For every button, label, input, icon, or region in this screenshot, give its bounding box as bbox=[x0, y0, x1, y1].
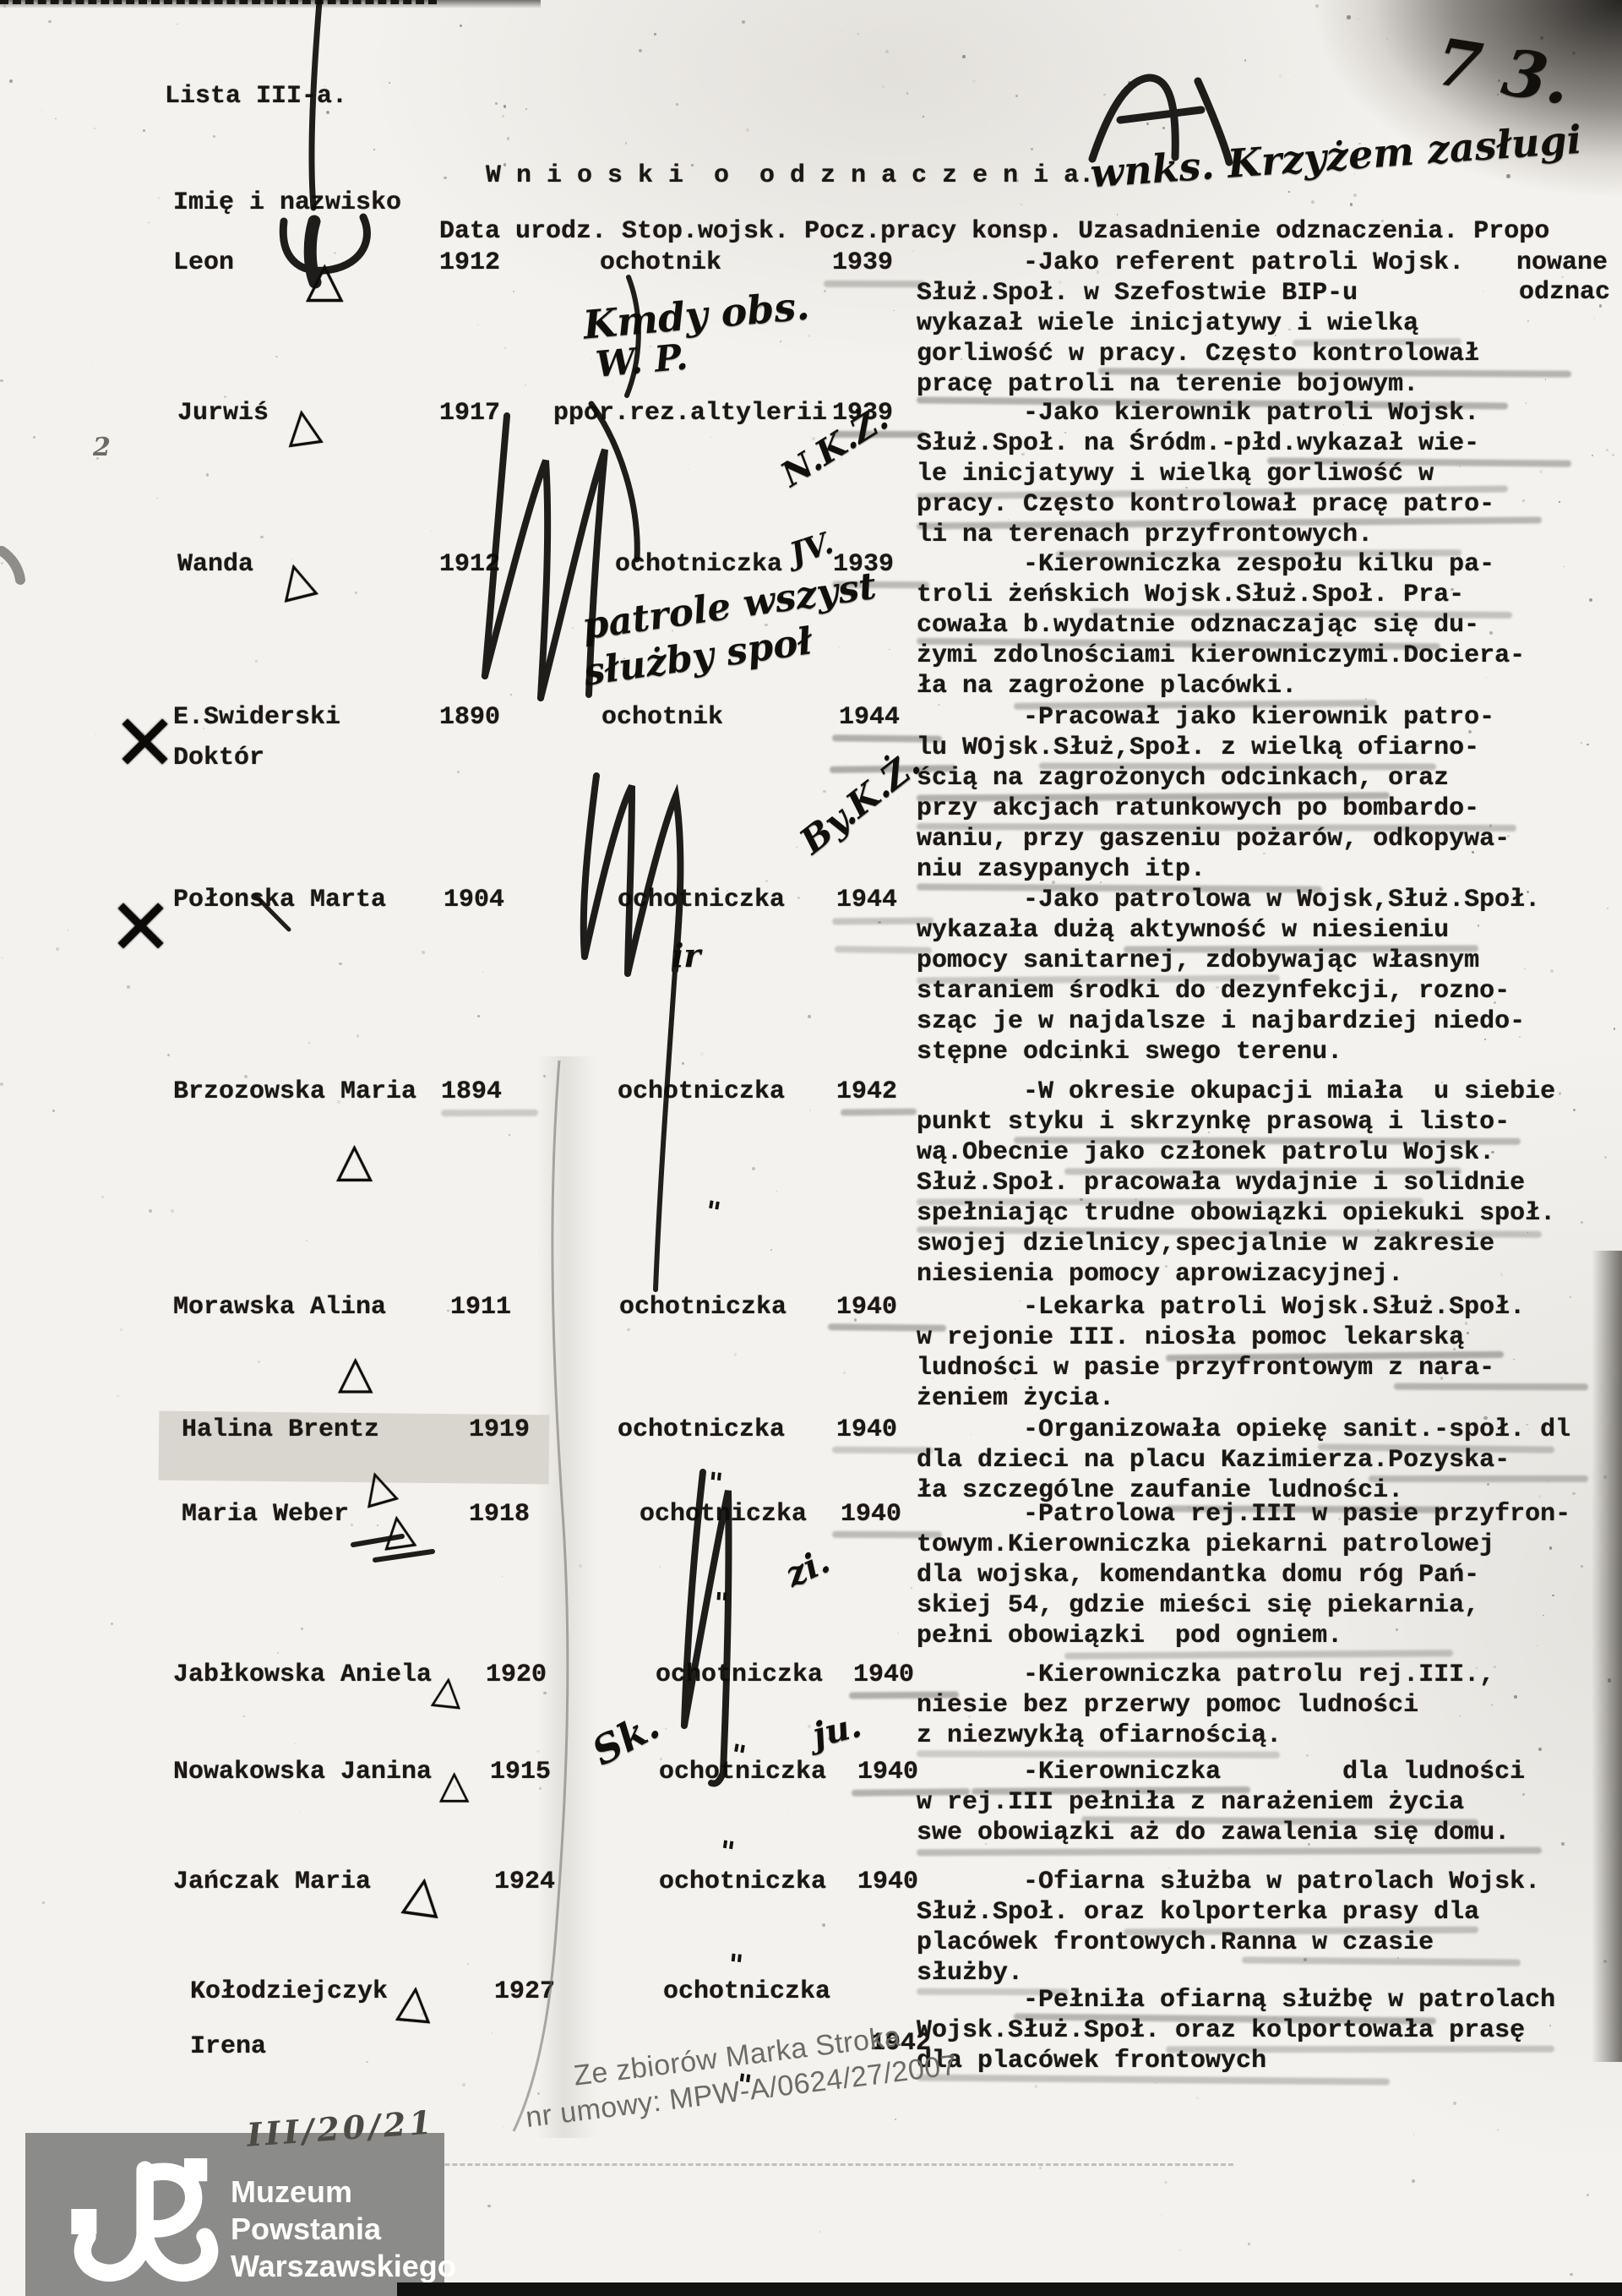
paper-speck bbox=[1606, 449, 1609, 452]
paper-speck bbox=[776, 1191, 778, 1192]
justification-text: -Jako patrolowa w Wojsk,Służ.Społ. wykaz… bbox=[917, 885, 1603, 1067]
underline-smudge bbox=[917, 1847, 1542, 1857]
paper-speck bbox=[895, 2119, 896, 2120]
military-rank: ochotniczka bbox=[618, 1415, 785, 1445]
paper-speck bbox=[389, 82, 390, 84]
list-label: Lista III-a. bbox=[165, 81, 347, 112]
paper-speck bbox=[255, 660, 258, 663]
museum-watermark: Muzeum Powstania Warszawskiego bbox=[25, 2133, 444, 2296]
paper-speck bbox=[838, 646, 839, 647]
paper-speck bbox=[1178, 2250, 1181, 2252]
paper-speck bbox=[637, 23, 639, 25]
birth-year: 1904 bbox=[444, 885, 504, 915]
signature-scribble-2b bbox=[585, 786, 632, 973]
military-rank: ochotniczka bbox=[619, 1292, 787, 1323]
paper-speck bbox=[111, 1622, 113, 1625]
paper-speck bbox=[962, 55, 966, 58]
underline-smudge bbox=[441, 1110, 538, 1116]
paper-speck bbox=[308, 1042, 310, 1044]
paper-speck bbox=[1612, 454, 1614, 456]
paper-speck bbox=[153, 614, 154, 615]
military-rank: ochotnik bbox=[600, 248, 721, 278]
paper-speck bbox=[822, 1923, 825, 1927]
paper-speck bbox=[578, 79, 579, 80]
paper-speck bbox=[503, 105, 507, 108]
paper-speck bbox=[111, 26, 112, 27]
conspiracy-start-year: 1940 bbox=[853, 1660, 914, 1690]
paper-speck bbox=[676, 103, 679, 106]
paper-speck bbox=[796, 847, 797, 848]
triangle-mark: △ bbox=[338, 1345, 373, 1399]
triangle-mark: △ bbox=[282, 395, 324, 452]
paper-speck bbox=[972, 79, 976, 83]
conspiracy-start-year: 1940 bbox=[857, 1757, 918, 1787]
paper-speck bbox=[1, 562, 3, 564]
paper-speck bbox=[819, 2231, 821, 2233]
paper-speck bbox=[659, 1566, 661, 1568]
paper-speck bbox=[808, 335, 811, 337]
ditto-mark: " bbox=[717, 1835, 737, 1870]
paper-speck bbox=[0, 379, 3, 382]
person-name: Wanda bbox=[177, 549, 253, 580]
paper-speck bbox=[492, 2032, 493, 2034]
paper-speck bbox=[351, 1524, 353, 1526]
paper-speck bbox=[1413, 2134, 1414, 2135]
handwriting-row9-note-2: ju. bbox=[808, 1705, 865, 1756]
paper-speck bbox=[625, 142, 627, 144]
person-name: Połonska Marta bbox=[173, 885, 386, 915]
paper-speck bbox=[167, 1054, 170, 1056]
birth-year: 1912 bbox=[439, 248, 500, 278]
person-name: Jabłkowska Aniela bbox=[173, 1660, 432, 1690]
military-rank: ochotniczka bbox=[656, 1660, 823, 1690]
paper-speck bbox=[206, 473, 210, 477]
kotwica-anchor-logo bbox=[57, 2158, 235, 2285]
military-rank: ochotniczka bbox=[618, 1077, 785, 1107]
paper-speck bbox=[447, 1310, 449, 1312]
paper-speck bbox=[177, 24, 177, 25]
paper-speck bbox=[983, 123, 985, 125]
paper-speck bbox=[503, 2126, 503, 2127]
paper-speck bbox=[33, 436, 35, 439]
paper-speck bbox=[1161, 2215, 1162, 2217]
paper-speck bbox=[431, 531, 432, 532]
paper-speck bbox=[148, 222, 149, 223]
paper-speck bbox=[2, 957, 3, 958]
paper-speck bbox=[1103, 94, 1106, 96]
paper-speck bbox=[169, 1174, 170, 1175]
paper-speck bbox=[301, 1628, 303, 1630]
conspiracy-start-year: 1939 bbox=[832, 248, 893, 278]
paper-speck bbox=[1412, 2179, 1415, 2183]
paper-speck bbox=[893, 310, 894, 311]
paper-speck bbox=[1607, 908, 1608, 909]
paper-speck bbox=[700, 1052, 704, 1055]
justification-text: -Pracował jako kierownik patro- lu WOjsk… bbox=[917, 702, 1603, 885]
conspiracy-start-year: 1940 bbox=[841, 1499, 901, 1530]
paper-speck bbox=[513, 291, 514, 292]
paper-speck bbox=[477, 1015, 480, 1017]
paper-speck bbox=[213, 135, 215, 138]
paper-speck bbox=[843, 1372, 846, 1374]
paper-speck bbox=[1091, 2151, 1092, 2152]
paper-speck bbox=[665, 1728, 667, 1731]
triangle-mark: △ bbox=[439, 1761, 469, 1807]
paper-speck bbox=[808, 1015, 810, 1017]
museum-name-line1: Muzeum bbox=[231, 2173, 456, 2211]
paper-speck bbox=[457, 771, 460, 773]
columns-header: Data urodz. Stop.wojsk. Pocz.pracy konsp… bbox=[439, 216, 1549, 247]
paper-speck bbox=[42, 1901, 45, 1904]
paper-speck bbox=[460, 25, 462, 27]
paper-speck bbox=[127, 985, 130, 989]
paper-speck bbox=[1477, 2151, 1478, 2151]
paper-speck bbox=[911, 1587, 912, 1589]
triangle-mark: △ bbox=[378, 1502, 417, 1556]
person-name: Leon bbox=[173, 248, 234, 278]
paper-speck bbox=[1497, 2130, 1499, 2131]
justification-text: -Pełniła ofiarną służbę w patrolach Wojs… bbox=[917, 1985, 1603, 2076]
paper-speck bbox=[841, 30, 842, 31]
paper-speck bbox=[787, 1813, 788, 1814]
paper-speck bbox=[639, 49, 642, 52]
paper-speck bbox=[627, 1328, 630, 1332]
military-rank: ochotniczka bbox=[663, 1977, 830, 2007]
military-rank: ochotniczka bbox=[615, 549, 782, 580]
museum-name-line2: Powstania bbox=[231, 2211, 456, 2248]
paper-speck bbox=[56, 947, 59, 951]
triangle-mark: △ bbox=[273, 548, 320, 608]
scan-bottom-bar bbox=[397, 2282, 1622, 2296]
birth-year: 1917 bbox=[439, 398, 500, 428]
paper-speck bbox=[1248, 2243, 1250, 2245]
museum-name-line3: Warszawskiego bbox=[231, 2248, 456, 2285]
birth-year: 1894 bbox=[441, 1077, 502, 1107]
ditto-mark: " bbox=[706, 1466, 725, 1502]
paper-speck bbox=[9, 79, 13, 83]
paper-speck bbox=[1039, 2167, 1042, 2169]
paper-speck bbox=[339, 963, 341, 965]
paper-speck bbox=[510, 694, 513, 696]
underline-smudge bbox=[824, 281, 925, 287]
signature-scribble-2-tail bbox=[656, 970, 675, 1290]
birth-year: 1912 bbox=[439, 549, 500, 580]
conspiracy-start-year: 1944 bbox=[839, 702, 900, 733]
paper-speck bbox=[1015, 95, 1018, 97]
justification-text: -Patrolowa rej.III w pasie przyfron- tow… bbox=[917, 1499, 1603, 1651]
paper-speck bbox=[923, 116, 924, 117]
paper-speck bbox=[1021, 204, 1022, 205]
underline-smudge bbox=[841, 1108, 917, 1115]
left-edge-smear bbox=[2, 551, 20, 580]
justification-text: -Kierowniczka patrolu rej.III., niesie b… bbox=[917, 1660, 1603, 1751]
person-name-line2: Doktór bbox=[173, 743, 264, 773]
paper-speck bbox=[710, 437, 711, 438]
justification-text: -Kierowniczka zespołu kilku pa- troli że… bbox=[917, 549, 1603, 701]
paper-speck bbox=[572, 627, 574, 630]
paper-speck bbox=[1570, 2273, 1572, 2276]
paper-speck bbox=[882, 85, 884, 88]
person-name: E.Swiderski bbox=[173, 702, 340, 733]
page-title: W n i o s k i o o d z n a c z e n i a. bbox=[486, 161, 1094, 191]
person-name: Halina Brentz bbox=[182, 1415, 379, 1445]
paper-speck bbox=[373, 149, 375, 150]
triangle-underline-arrow-2 bbox=[375, 1552, 433, 1560]
paper-speck bbox=[467, 1963, 469, 1965]
paper-speck bbox=[1587, 2194, 1589, 2196]
paper-speck bbox=[306, 1240, 308, 1242]
paper-speck bbox=[1164, 2181, 1167, 2184]
paper-speck bbox=[158, 197, 160, 199]
birth-year: 1911 bbox=[450, 1292, 511, 1323]
ditto-mark: " bbox=[703, 1195, 723, 1230]
paper-speck bbox=[734, 1353, 737, 1355]
signature-scribble-3b bbox=[684, 1491, 729, 1773]
paper-speck bbox=[66, 881, 68, 883]
name-column-header: Imię i nazwisko bbox=[173, 188, 401, 218]
military-rank: ochotniczka bbox=[659, 1867, 826, 1897]
paper-speck bbox=[477, 324, 478, 325]
paper-speck bbox=[149, 1209, 152, 1213]
paper-speck bbox=[823, 790, 825, 793]
paper-speck bbox=[1604, 1156, 1608, 1159]
paper-speck bbox=[377, 1524, 378, 1526]
paper-speck bbox=[94, 128, 95, 129]
paper-speck bbox=[444, 177, 446, 179]
museum-name: Muzeum Powstania Warszawskiego bbox=[231, 2173, 456, 2285]
handwriting-row1-note-2: W. P. bbox=[594, 335, 689, 384]
paper-speck bbox=[809, 1110, 811, 1111]
paper-speck bbox=[92, 365, 93, 366]
signature-scribble-1 bbox=[485, 416, 507, 676]
paper-speck bbox=[654, 33, 656, 35]
justification-text: -Jako referent patroli Wojsk. Służ.Społ.… bbox=[917, 248, 1603, 400]
paper-speck bbox=[482, 972, 484, 973]
paper-speck bbox=[422, 951, 424, 953]
scan-top-edge-shadow bbox=[0, 0, 541, 8]
birth-year: 1927 bbox=[494, 1977, 555, 2007]
military-rank: ochotniczka bbox=[618, 885, 785, 915]
person-name: Kołodziejczyk bbox=[190, 1977, 388, 2007]
paper-speck bbox=[48, 20, 51, 23]
paper-speck bbox=[906, 92, 909, 95]
paper-speck bbox=[101, 1196, 104, 1198]
person-name: Nowakowska Janina bbox=[173, 1757, 432, 1787]
handwriting-row1-note: Kmdy obs. bbox=[581, 282, 811, 347]
paper-speck bbox=[281, 1714, 282, 1715]
person-name: Jurwiś bbox=[177, 398, 269, 428]
conspiracy-start-year: 1940 bbox=[836, 1415, 897, 1445]
paper-speck bbox=[525, 384, 526, 386]
paper-speck bbox=[295, 1743, 296, 1744]
handwriting-row9-note: zi. bbox=[780, 1541, 835, 1595]
paper-speck bbox=[1128, 81, 1131, 85]
document-page: Lista III-a. W n i o s k i o o d z n a c… bbox=[0, 0, 1622, 2296]
paper-speck bbox=[260, 536, 263, 538]
paper-speck bbox=[742, 20, 745, 24]
military-rank: ochotniczka bbox=[640, 1499, 807, 1530]
paper-speck bbox=[277, 1652, 279, 1654]
paper-speck bbox=[770, 1249, 772, 1251]
paper-speck bbox=[342, 237, 343, 238]
birth-year: 1924 bbox=[494, 1867, 555, 1897]
birth-year: 1918 bbox=[469, 1499, 530, 1530]
paper-speck bbox=[502, 1576, 503, 1577]
paper-speck bbox=[897, 1633, 899, 1634]
paper-speck bbox=[120, 1328, 122, 1331]
justification-text: -Jako kierownik patroli Wojsk. Służ.Społ… bbox=[917, 398, 1603, 550]
paper-speck bbox=[882, 68, 883, 69]
military-rank: ppor.rez.altylerii bbox=[553, 398, 827, 428]
paper-speck bbox=[1117, 214, 1118, 215]
paper-speck bbox=[117, 1395, 118, 1397]
paper-speck bbox=[41, 111, 42, 112]
paper-speck bbox=[143, 129, 145, 132]
paper-speck bbox=[746, 128, 749, 132]
paper-speck bbox=[857, 33, 859, 35]
handwriting-row10-note: Sk. bbox=[585, 1702, 667, 1775]
triangle-mark: △ bbox=[306, 250, 344, 308]
birth-year: 1920 bbox=[486, 1660, 547, 1690]
birth-year: 1915 bbox=[490, 1757, 551, 1787]
conspiracy-start-year: 1944 bbox=[836, 885, 897, 915]
x-mark: ✕ bbox=[112, 698, 177, 788]
triangle-mark: △ bbox=[336, 1132, 373, 1187]
paper-speck bbox=[765, 880, 768, 882]
paper-speck bbox=[1031, 148, 1033, 150]
paper-speck bbox=[366, 2061, 368, 2064]
birth-year: 1890 bbox=[439, 702, 500, 733]
person-name: Brzozowska Maria bbox=[173, 1077, 416, 1107]
paper-speck bbox=[885, 50, 889, 53]
paper-speck bbox=[1196, 2097, 1199, 2099]
justification-text: -W okresie okupacji miała u siebie punkt… bbox=[917, 1077, 1603, 1290]
paper-speck bbox=[525, 108, 527, 110]
handwriting-row4-note: By.K.Ż. bbox=[792, 743, 928, 862]
paper-speck bbox=[912, 250, 913, 252]
paper-speck bbox=[357, 1034, 359, 1037]
paper-speck bbox=[509, 1134, 510, 1136]
triangle-mark: △ bbox=[395, 1972, 434, 2028]
paper-speck bbox=[0, 1083, 3, 1086]
paper-speck bbox=[495, 102, 498, 105]
x-mark: ✕ bbox=[108, 882, 173, 973]
birth-year: 1919 bbox=[469, 1415, 530, 1445]
page-fold-shading bbox=[537, 1056, 596, 2138]
paper-speck bbox=[504, 347, 506, 349]
paper-speck bbox=[487, 2205, 491, 2208]
paper-speck bbox=[797, 897, 800, 899]
paper-speck bbox=[52, 1110, 55, 1112]
justification-text: -Lekarka patroli Wojsk.Służ.Społ. w rejo… bbox=[917, 1292, 1603, 1414]
person-name: Jańczak Maria bbox=[173, 1867, 371, 1897]
handwriting-row2-note-2: JV. bbox=[786, 525, 838, 572]
paper-speck bbox=[656, 46, 656, 47]
paper-speck bbox=[591, 358, 591, 359]
paper-speck bbox=[859, 1944, 860, 1944]
paper-speck bbox=[275, 356, 277, 357]
margin-pencil-mark: 2 bbox=[93, 433, 111, 462]
paper-speck bbox=[462, 2083, 465, 2086]
justification-text: -Kierowniczka dla ludności w rej.III peł… bbox=[917, 1757, 1603, 1848]
handwriting-row5-note: ir bbox=[672, 936, 700, 974]
person-name: Maria Weber bbox=[182, 1499, 349, 1530]
person-name: Morawska Alina bbox=[173, 1292, 386, 1323]
paper-speck bbox=[507, 137, 509, 139]
triangle-mark: △ bbox=[430, 1665, 465, 1713]
paper-speck bbox=[258, 1361, 260, 1363]
paper-speck bbox=[502, 115, 504, 117]
paper-speck bbox=[780, 341, 781, 342]
conspiracy-start-year: 1940 bbox=[857, 1867, 918, 1897]
signature-scribble-2 bbox=[584, 776, 596, 957]
paper-speck bbox=[824, 290, 826, 292]
justification-text: -Ofiarna służba w patrolach Wojsk. Służ.… bbox=[917, 1867, 1603, 1988]
paper-speck bbox=[156, 498, 157, 499]
paper-speck bbox=[752, 1167, 755, 1170]
paper-speck bbox=[95, 734, 96, 734]
paper-speck bbox=[166, 243, 167, 243]
justification-text: -Organizowała opiekę sanit.-społ. dl dla… bbox=[917, 1415, 1603, 1506]
military-rank: ochotnik bbox=[601, 702, 723, 733]
paper-speck bbox=[1035, 2085, 1038, 2088]
paper-speck bbox=[67, 929, 69, 931]
person-name-line2: Irena bbox=[190, 2031, 266, 2062]
paper-speck bbox=[688, 469, 689, 470]
conspiracy-start-year: 1940 bbox=[836, 1292, 897, 1323]
ditto-mark: " bbox=[713, 1586, 730, 1621]
paper-speck bbox=[1614, 1028, 1616, 1030]
paper-speck bbox=[243, 1715, 245, 1717]
paper-speck bbox=[171, 1209, 174, 1213]
paper-speck bbox=[1453, 2102, 1456, 2105]
conspiracy-start-year: 1942 bbox=[836, 1077, 897, 1107]
paper-speck bbox=[682, 1062, 684, 1065]
paper-speck bbox=[55, 118, 57, 120]
triangle-mark: △ bbox=[400, 1862, 445, 1924]
paper-speck bbox=[889, 649, 890, 651]
paper-speck bbox=[355, 592, 357, 594]
paper-speck bbox=[300, 1811, 302, 1813]
